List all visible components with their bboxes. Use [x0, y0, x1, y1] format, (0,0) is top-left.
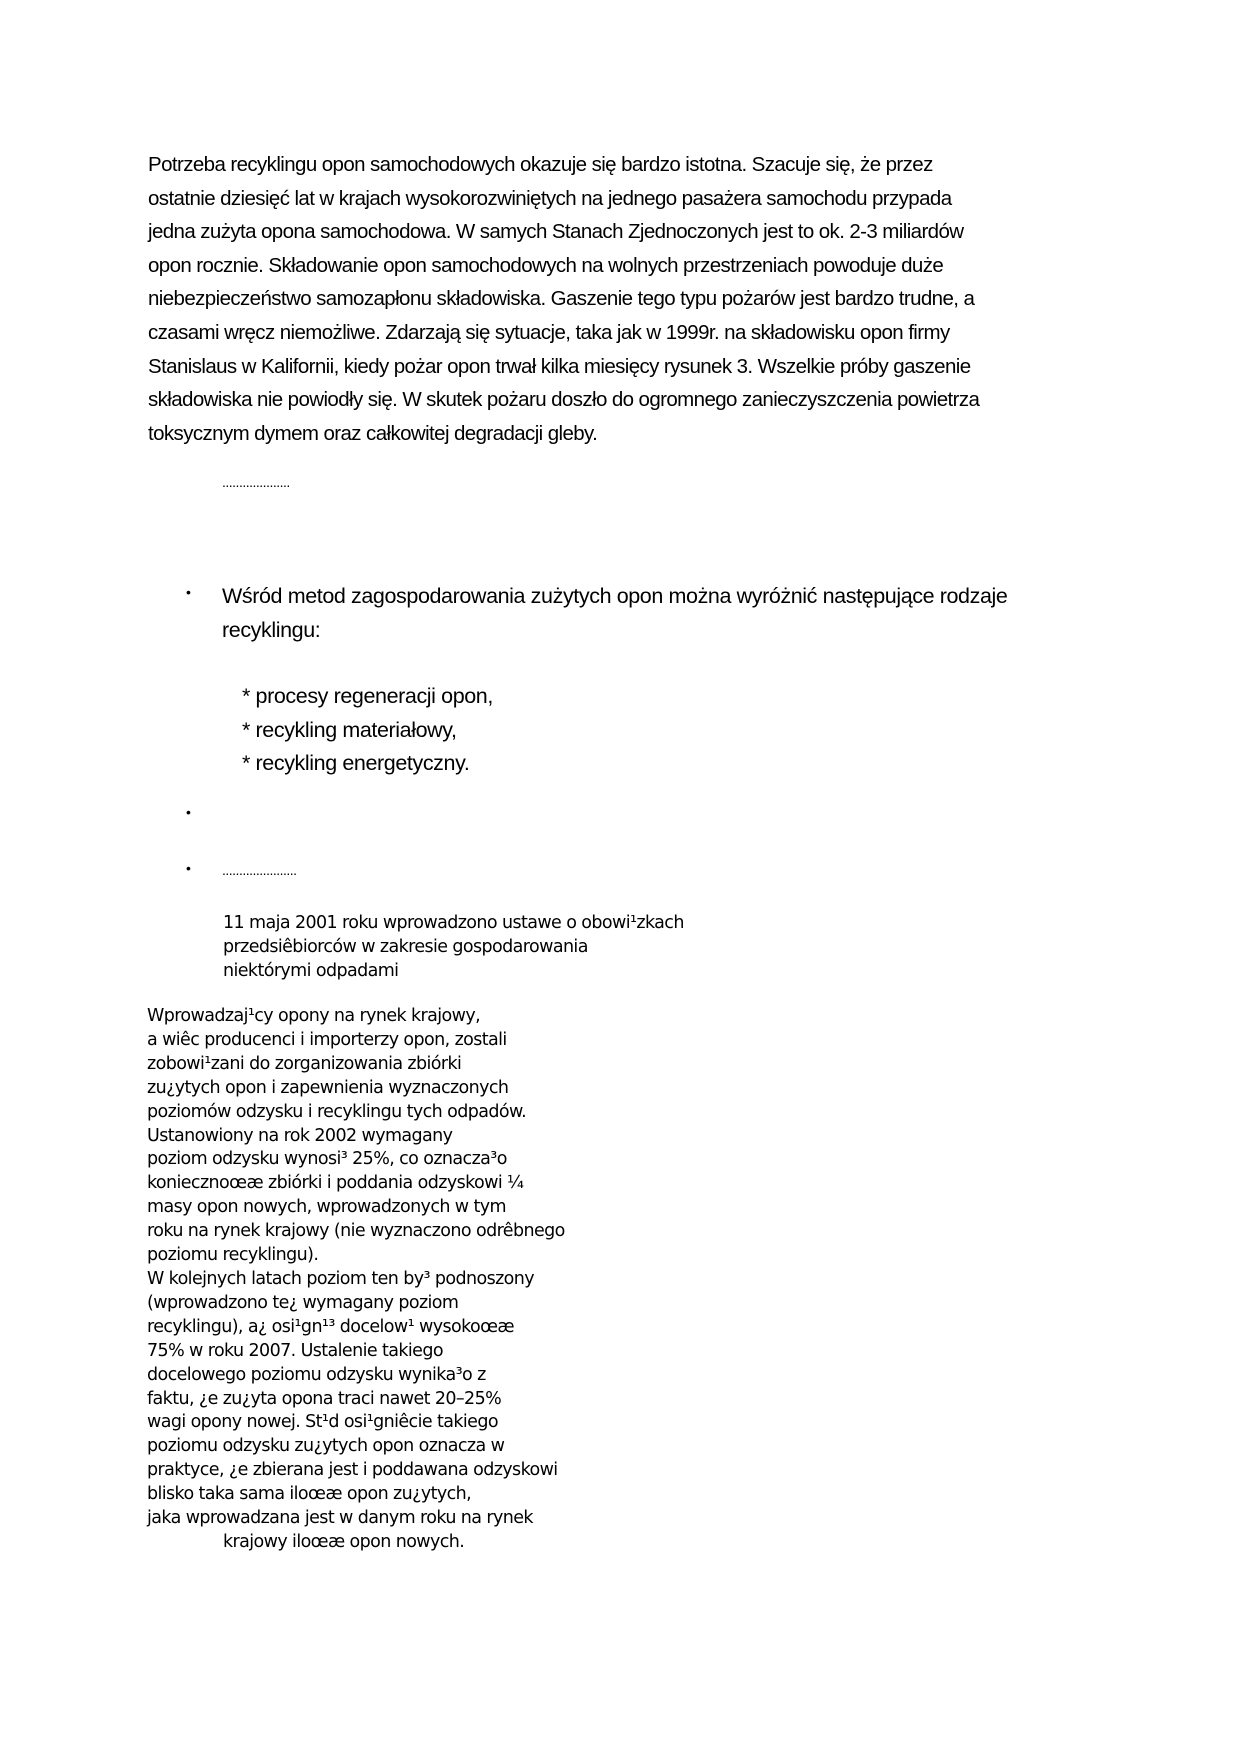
bullet-icon: • [186, 860, 191, 876]
text-line: Wśród metod zagospodarowania zużytych op… [222, 580, 1102, 614]
text-line: składowiska nie powiodły się. W skutek p… [148, 383, 1108, 417]
text-line: praktyce, ¿e zbierana jest i poddawana o… [147, 1459, 565, 1483]
text-line: jaka wprowadzana jest w danym roku na ry… [147, 1507, 565, 1531]
text-line: krajowy iloœæ opon nowych. [147, 1531, 565, 1555]
text-line: toksycznym dymem oraz całkowitej degrada… [148, 417, 1108, 451]
dotted-separator: .................... [222, 474, 290, 490]
list-item: * recykling materiałowy, [242, 714, 493, 748]
text-line: koniecznoœæ zbiórki i poddania odzyskowi… [147, 1172, 565, 1196]
document-page: Potrzeba recyklingu opon samochodowych o… [0, 0, 1240, 1754]
text-line: recyklingu), a¿ osi¹gn¹³ docelow¹ wysoko… [147, 1316, 565, 1340]
text-line: Wprowadzaj¹cy opony na rynek krajowy, [147, 1005, 565, 1029]
law-note: 11 maja 2001 roku wprowadzono ustawe o o… [223, 911, 684, 983]
text-line: blisko taka sama iloœæ opon zu¿ytych, [147, 1483, 565, 1507]
text-line: przedsiêbiorców w zakresie gospodarowani… [223, 935, 684, 959]
text-line: niektórymi odpadami [223, 959, 684, 983]
text-line: recyklingu: [222, 614, 1102, 648]
text-line: opon rocznie. Składowanie opon samochodo… [148, 249, 1108, 283]
text-line: 75% w roku 2007. Ustalenie takiego [147, 1340, 565, 1364]
text-line: poziomów odzysku i recyklingu tych odpad… [147, 1101, 565, 1125]
text-line: masy opon nowych, wprowadzonych w tym [147, 1196, 565, 1220]
text-line: niebezpieczeństwo samozapłonu składowisk… [148, 282, 1108, 316]
intro-paragraph: Potrzeba recyklingu opon samochodowych o… [148, 148, 1108, 450]
bullet-icon: • [186, 804, 191, 820]
text-line: faktu, ¿e zu¿yta opona traci nawet 20–25… [147, 1388, 565, 1412]
text-line: a wiêc producenci i importerzy opon, zos… [147, 1029, 565, 1053]
text-line: 11 maja 2001 roku wprowadzono ustawe o o… [223, 911, 684, 935]
regulation-paragraph: Wprowadzaj¹cy opony na rynek krajowy, a … [147, 1005, 565, 1555]
dotted-separator: ...................... [222, 862, 297, 878]
recycling-types-list: * procesy regeneracji opon, * recykling … [242, 680, 493, 781]
text-line: zu¿ytych opon i zapewnienia wyznaczonych [147, 1077, 565, 1101]
list-item: * procesy regeneracji opon, [242, 680, 493, 714]
text-line: jedna zużyta opona samochodowa. W samych… [148, 215, 1108, 249]
bullet-item-recycling-methods: Wśród metod zagospodarowania zużytych op… [222, 580, 1102, 647]
list-item: * recykling energetyczny. [242, 747, 493, 781]
text-line: docelowego poziomu odzysku wynika³o z [147, 1364, 565, 1388]
text-line: czasami wręcz niemożliwe. Zdarzają się s… [148, 316, 1108, 350]
text-line: poziomu recyklingu). [147, 1244, 565, 1268]
text-line: Stanislaus w Kalifornii, kiedy pożar opo… [148, 350, 1108, 384]
text-line: roku na rynek krajowy (nie wyznaczono od… [147, 1220, 565, 1244]
text-line: Potrzeba recyklingu opon samochodowych o… [148, 148, 1108, 182]
text-line: Ustanowiony na rok 2002 wymagany [147, 1125, 565, 1149]
text-line: W kolejnych latach poziom ten by³ podnos… [147, 1268, 565, 1292]
text-line: poziomu odzysku zu¿ytych opon oznacza w [147, 1435, 565, 1459]
text-line: poziom odzysku wynosi³ 25%, co oznacza³o [147, 1148, 565, 1172]
text-line: zobowi¹zani do zorganizowania zbiórki [147, 1053, 565, 1077]
text-line: ostatnie dziesięć lat w krajach wysokoro… [148, 182, 1108, 216]
text-line: wagi opony nowej. St¹d osi¹gniêcie takie… [147, 1411, 565, 1435]
text-line: (wprowadzono te¿ wymagany poziom [147, 1292, 565, 1316]
bullet-icon: • [186, 584, 191, 600]
